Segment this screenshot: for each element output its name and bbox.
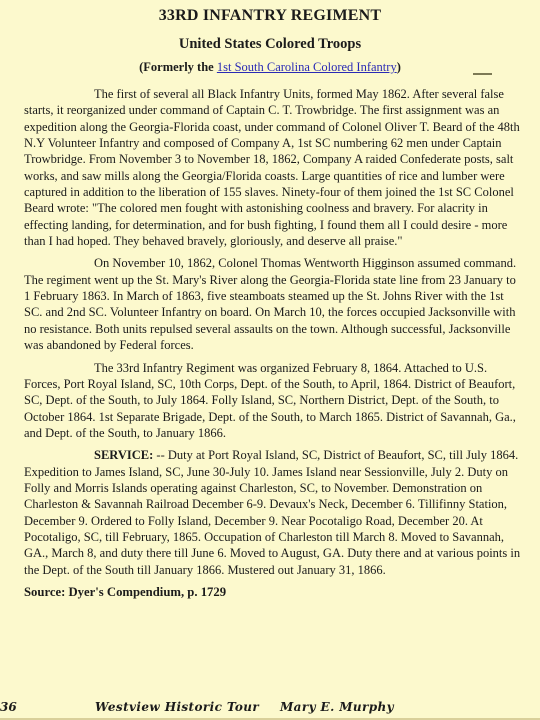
service-text: -- Duty at Port Royal Island, SC, Distri… xyxy=(24,448,520,576)
formerly-prefix: (Formerly the xyxy=(139,60,217,74)
body-paragraph: On November 10, 1862, Colonel Thomas Wen… xyxy=(24,255,525,353)
body-paragraph: The 33rd Infantry Regiment was organized… xyxy=(24,360,525,442)
service-label: SERVICE: xyxy=(94,448,153,462)
source-line: Source: Dyer's Compendium, p. 1729 xyxy=(24,584,540,600)
footer-publication: Westview Historic Tour xyxy=(95,700,259,714)
body-paragraph: The first of several all Black Infantry … xyxy=(24,86,525,249)
stray-mark xyxy=(473,73,492,75)
formerly-suffix: ) xyxy=(397,60,401,74)
service-paragraph: SERVICE: -- Duty at Port Royal Island, S… xyxy=(24,447,525,578)
document-body: The first of several all Black Infantry … xyxy=(24,86,525,578)
page-number: 36 xyxy=(0,700,17,714)
footer-author: Mary E. Murphy xyxy=(280,700,394,714)
page-footer: Westview Historic Tour Mary E. Murphy 36 xyxy=(0,700,540,716)
page-subtitle: United States Colored Troops xyxy=(0,37,540,52)
former-name-link[interactable]: 1st South Carolina Colored Infantry xyxy=(217,60,397,74)
document-page: 33RD INFANTRY REGIMENT United States Col… xyxy=(0,0,540,720)
page-title: 33RD INFANTRY REGIMENT xyxy=(0,0,540,24)
formerly-line: (Formerly the 1st South Carolina Colored… xyxy=(0,60,540,74)
